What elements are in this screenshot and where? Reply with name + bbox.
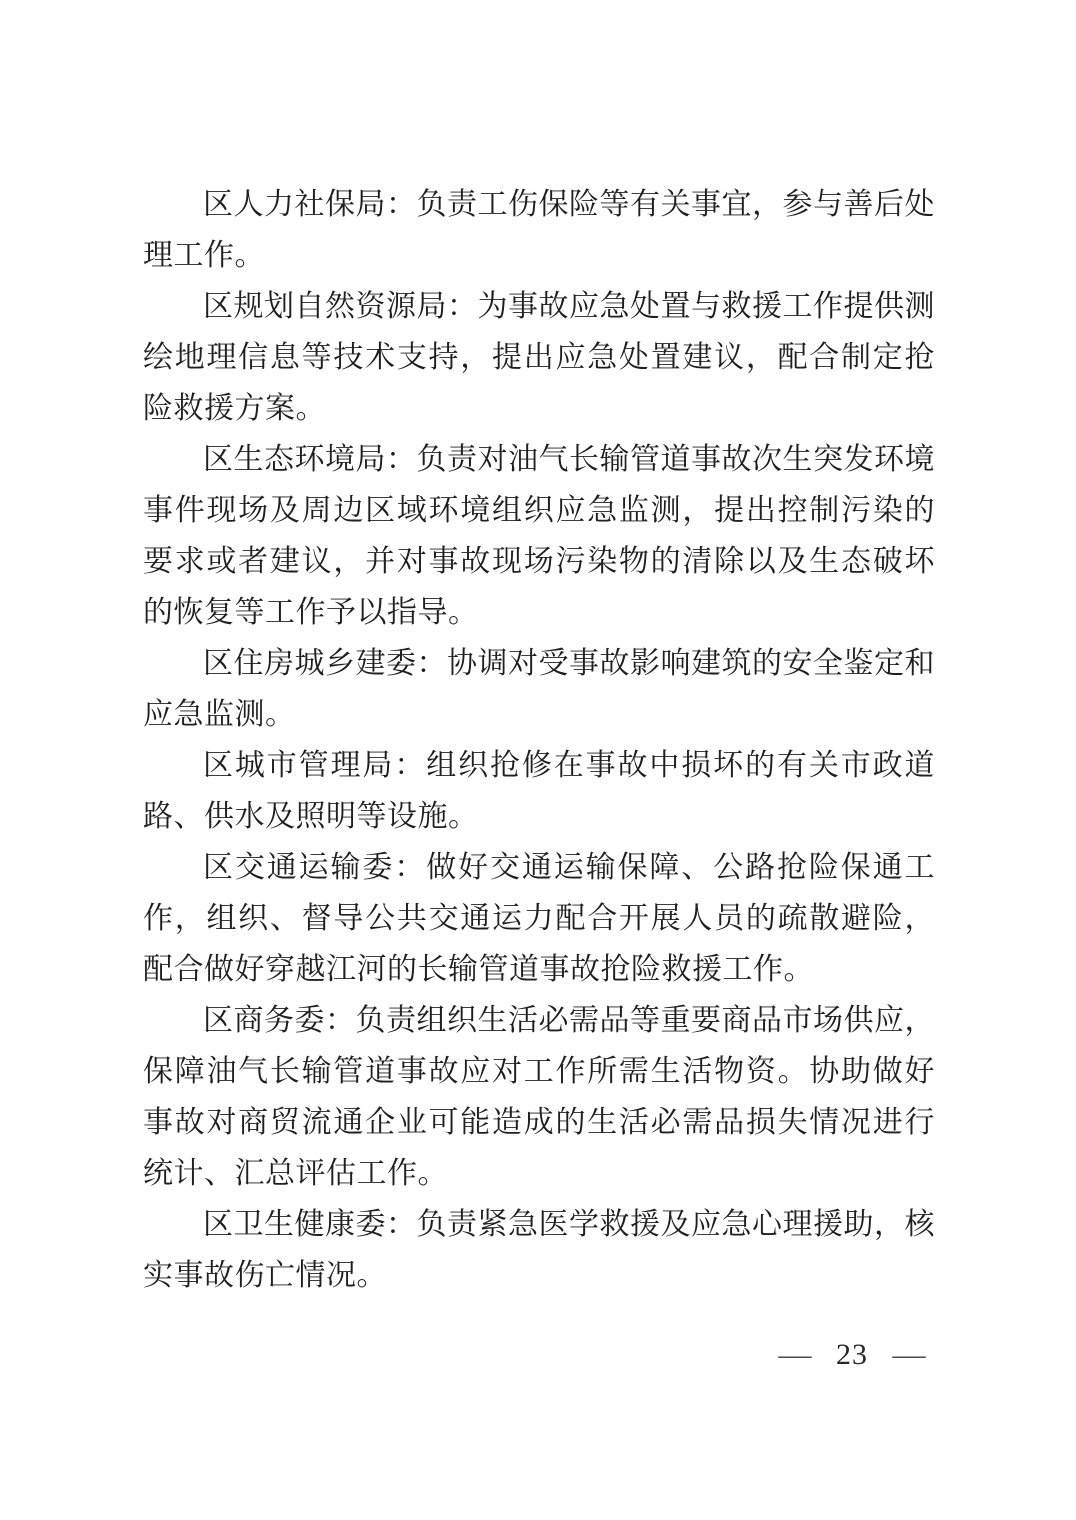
- paragraph: 区人力社保局：负责工伤保险等有关事宜，参与善后处理工作。: [143, 179, 935, 281]
- paragraph: 区交通运输委：做好交通运输保障、公路抢险保通工作，组织、督导公共交通运力配合开展…: [143, 842, 935, 995]
- paragraph: 区住房城乡建委：协调对受事故影响建筑的安全鉴定和应急监测。: [143, 638, 935, 740]
- document-page: 区人力社保局：负责工伤保险等有关事宜，参与善后处理工作。 区规划自然资源局：为事…: [0, 0, 1076, 1520]
- page-number-left-dash: —: [779, 1340, 812, 1370]
- paragraph: 区城市管理局：组织抢修在事故中损坏的有关市政道路、供水及照明等设施。: [143, 740, 935, 842]
- page-number: — 23 —: [780, 1338, 924, 1372]
- paragraph: 区商务委：负责组织生活必需品等重要商品市场供应，保障油气长输管道事故应对工作所需…: [143, 995, 935, 1199]
- page-number-right-dash: —: [893, 1340, 926, 1370]
- paragraph: 区规划自然资源局：为事故应急处置与救援工作提供测绘地理信息等技术支持，提出应急处…: [143, 281, 935, 434]
- page-number-value: 23: [836, 1338, 868, 1372]
- paragraph: 区卫生健康委：负责紧急医学救援及应急心理援助，核实事故伤亡情况。: [143, 1199, 935, 1301]
- paragraph: 区生态环境局：负责对油气长输管道事故次生突发环境事件现场及周边区域环境组织应急监…: [143, 434, 935, 638]
- document-body: 区人力社保局：负责工伤保险等有关事宜，参与善后处理工作。 区规划自然资源局：为事…: [143, 179, 935, 1301]
